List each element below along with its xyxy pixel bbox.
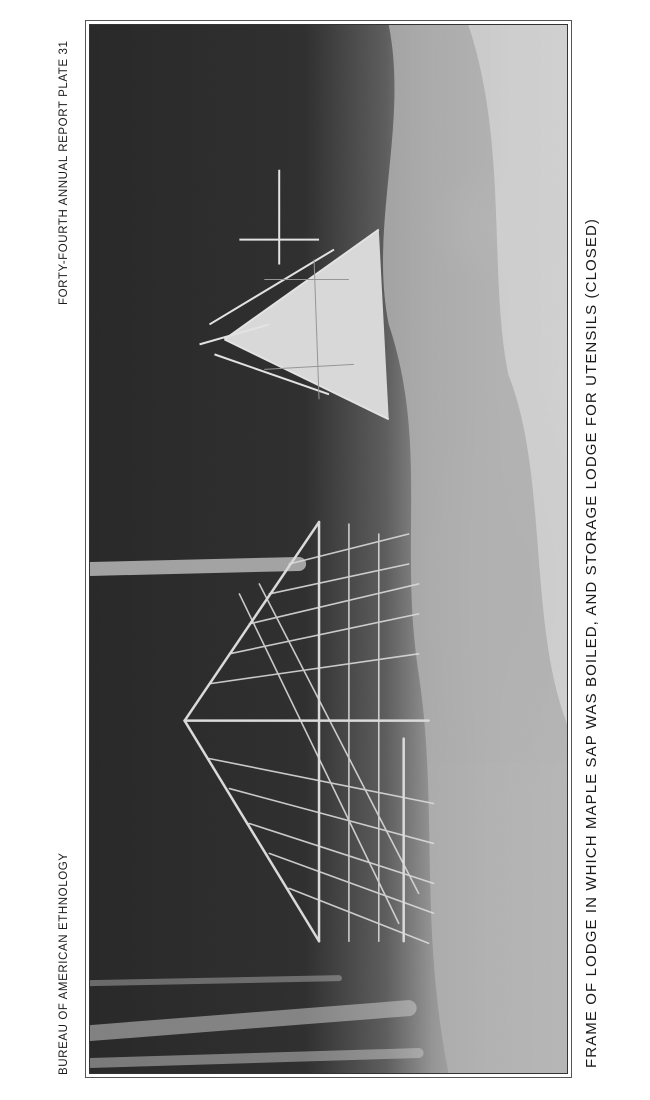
running-head-report-plate: FORTY-FOURTH ANNUAL REPORT PLATE 31 [58, 41, 70, 305]
running-head-publisher: BUREAU OF AMERICAN ETHNOLOGY [58, 852, 70, 1075]
photo-illustration [90, 25, 567, 1073]
photo-plate [85, 20, 572, 1078]
photograph [89, 24, 568, 1074]
plate-caption: FRAME OF LODGE IN WHICH MAPLE SAP WAS BO… [583, 218, 600, 1068]
